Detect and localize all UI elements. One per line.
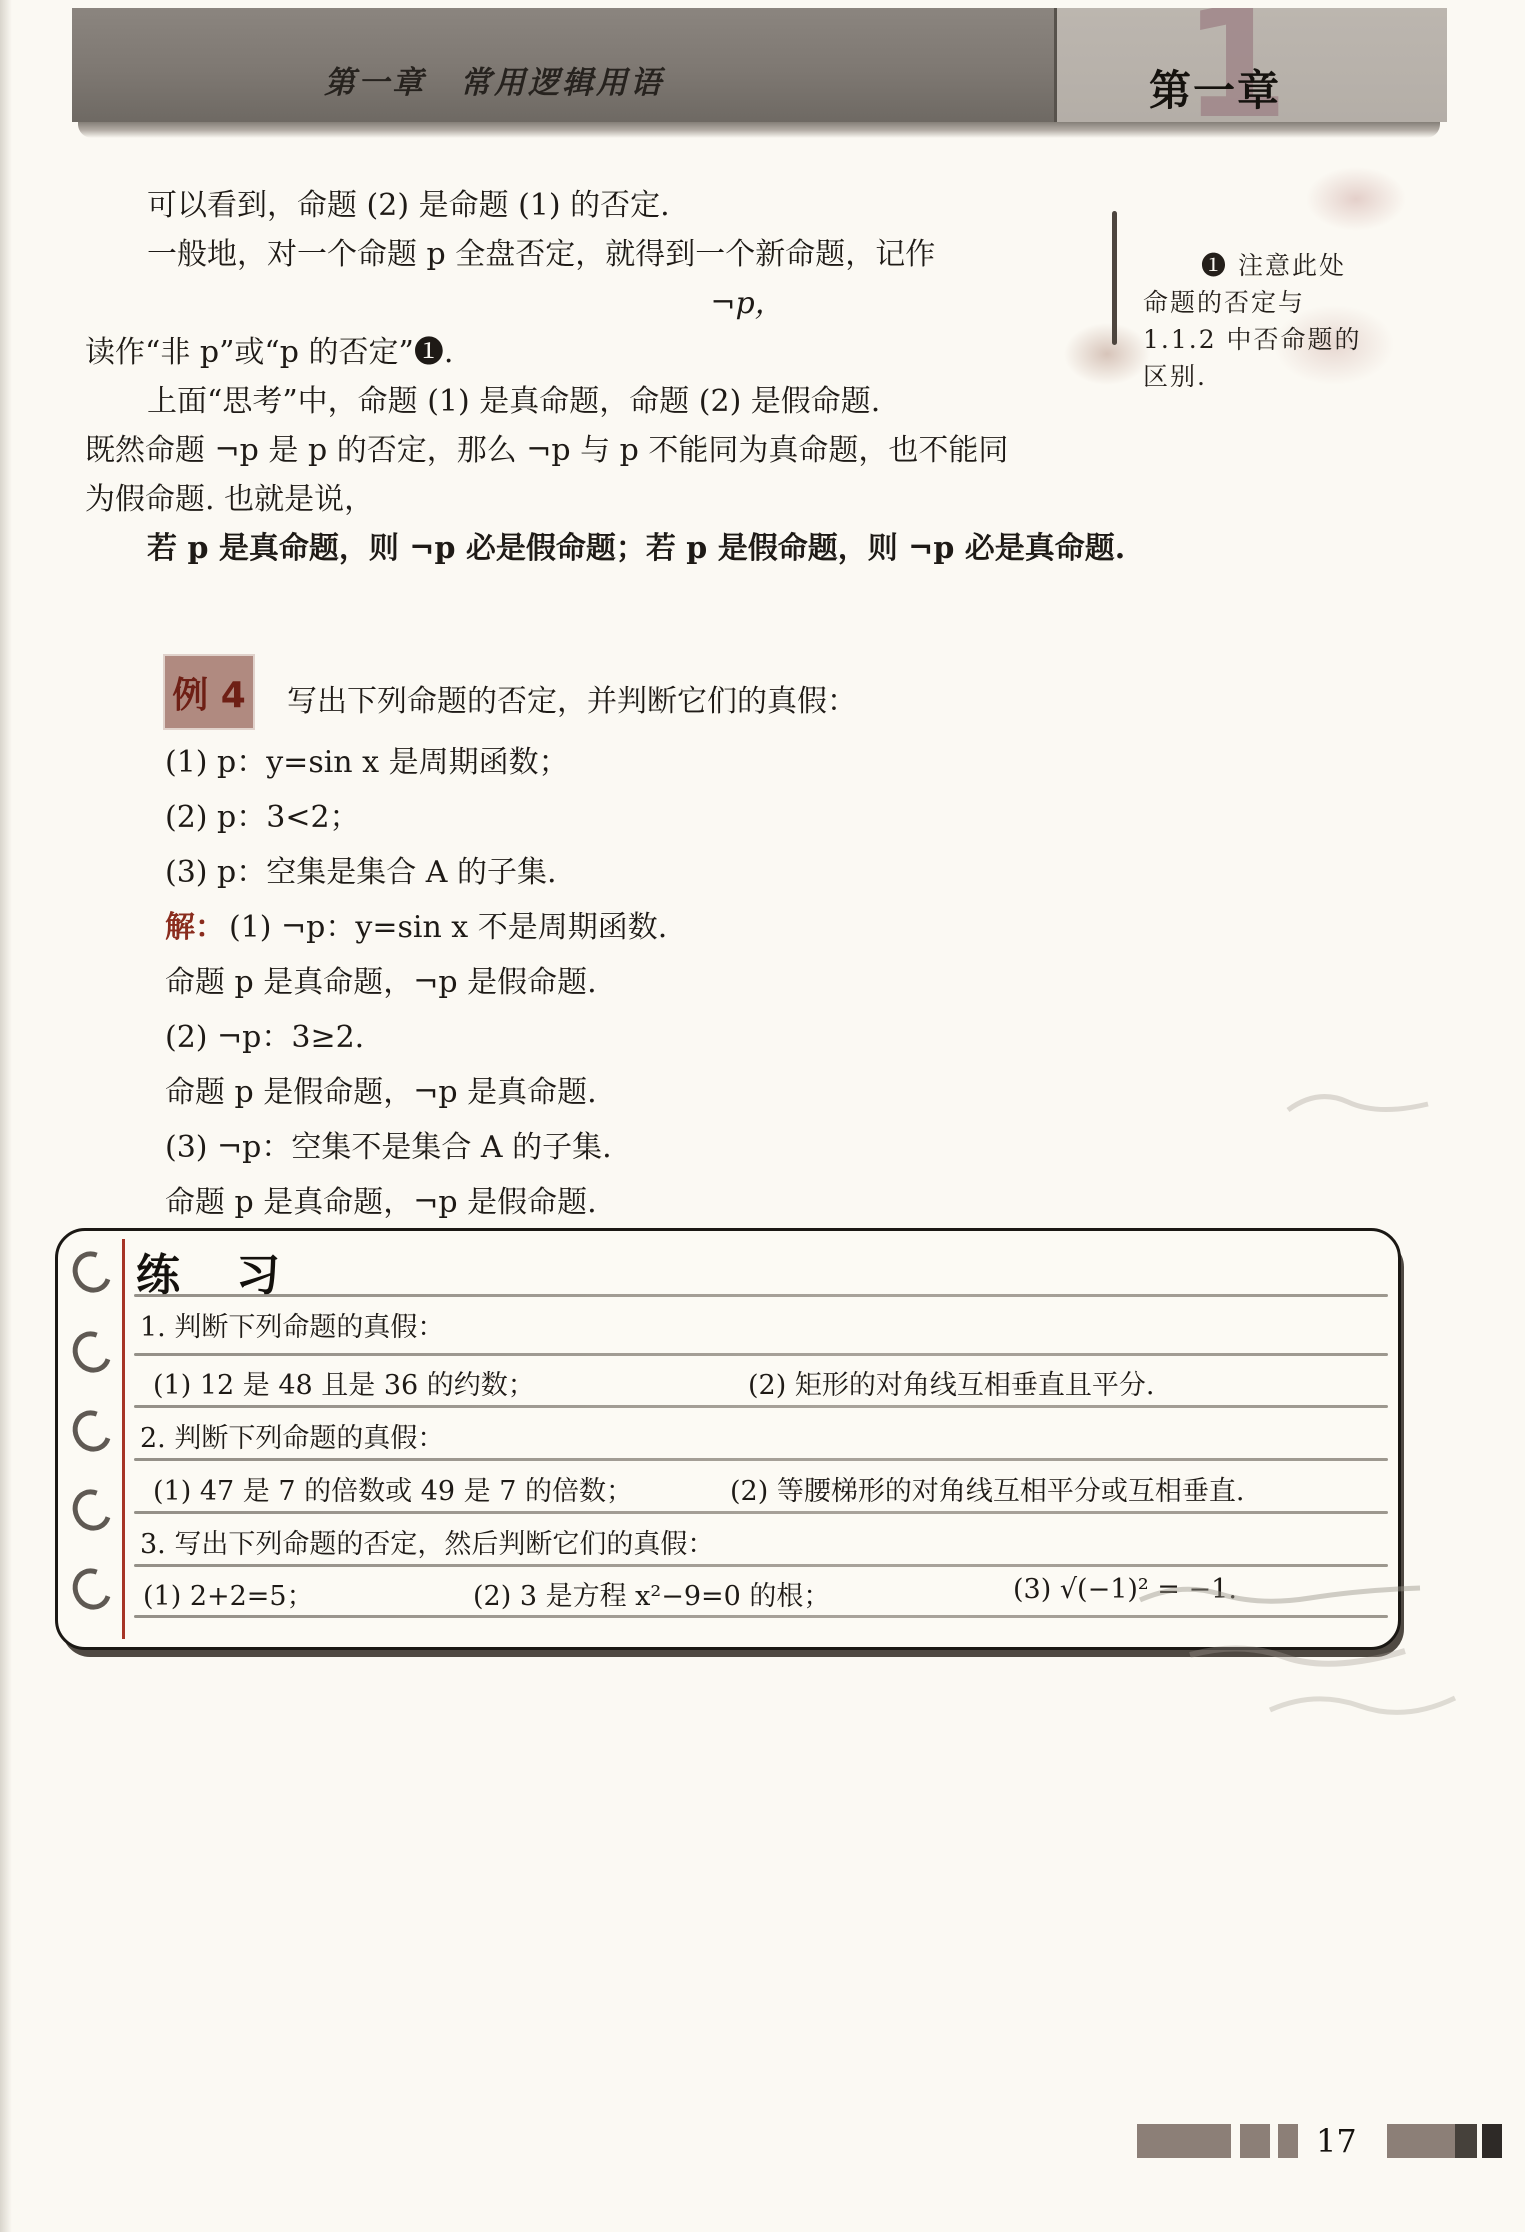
practice-box: 练 习 1. 判断下列命题的真假： (1) 12 是 48 且是 36 的约数；… xyxy=(55,1228,1401,1650)
exercise-heading-text: 1. 判断下列命题的真假： xyxy=(140,1305,444,1344)
ruled-line xyxy=(134,1294,1388,1297)
running-title: 第一章 常用逻辑用语 xyxy=(324,57,664,102)
page-left-edge-shading xyxy=(0,0,12,2232)
exercise-part: (1) 12 是 48 且是 36 的约数； xyxy=(153,1363,535,1402)
note-smudge xyxy=(1064,323,1150,385)
body-text: 可以看到，命题 (2) 是命题 (1) 的否定. 一般地，对一个命题 p 全盘否… xyxy=(85,181,1180,573)
example-body: (1) p：y=sin x 是周期函数； (2) p：3<2； (3) p：空集… xyxy=(165,731,667,1226)
note-smudge xyxy=(1306,167,1406,231)
body-line: 可以看到，命题 (2) 是命题 (1) 的否定. xyxy=(85,181,1180,230)
body-line: 一般地，对一个命题 p 全盘否定，就得到一个新命题，记作 xyxy=(85,230,1180,279)
exercise-part: (1) 47 是 7 的倍数或 49 是 7 的倍数； xyxy=(153,1469,633,1508)
exercise-heading: 3. 写出下列命题的否定，然后判断它们的真假： xyxy=(58,1522,1398,1568)
footer-bar xyxy=(1240,2124,1270,2158)
footer-bar xyxy=(1387,2124,1457,2158)
body-line: 为假命题. 也就是说， xyxy=(85,475,1180,524)
exercise-parts: (1) 12 是 48 且是 36 的约数； (2) 矩形的对角线互相垂直且平分… xyxy=(58,1363,1398,1409)
note-line: 1.1.2 中否命题的 xyxy=(1143,321,1393,358)
exercise-heading-text: 2. 判断下列命题的真假： xyxy=(140,1416,444,1455)
exercise-parts: (1) 47 是 7 的倍数或 49 是 7 的倍数； (2) 等腰梯形的对角线… xyxy=(58,1469,1398,1515)
chapter-tab: 1 第一章 xyxy=(1057,8,1447,122)
footer-bar xyxy=(1137,2124,1231,2158)
example-item: (1) p：y=sin x 是周期函数； xyxy=(165,731,667,786)
page-footer: 17 xyxy=(0,2124,1525,2164)
pencil-scribble xyxy=(1280,1070,1440,1140)
exercise-part: (2) 等腰梯形的对角线互相平分或互相垂直. xyxy=(730,1469,1244,1508)
exercise-part: (3) √(−1)² = −1. xyxy=(1013,1574,1237,1605)
example-solution-line: 命题 p 是假命题，¬p 是真命题. xyxy=(165,1061,667,1116)
example-solution-line: 解： (1) ¬p：y=sin x 不是周期函数. xyxy=(165,896,667,951)
exercise-heading-text: 3. 写出下列命题的否定，然后判断它们的真假： xyxy=(140,1522,714,1561)
page-number: 17 xyxy=(1316,2122,1357,2160)
example-prompt: 写出下列命题的否定，并判断它们的真假： xyxy=(287,676,857,720)
footer-bar xyxy=(1278,2124,1298,2158)
margin-note: ❶ 注意此处 命题的否定与 1.1.2 中否命题的 区别. xyxy=(1060,195,1400,395)
footer-bar xyxy=(1455,2124,1477,2158)
ruled-line xyxy=(134,1353,1388,1356)
textbook-page: 第一章 常用逻辑用语 1 第一章 可以看到，命题 (2) 是命题 (1) 的否定… xyxy=(0,0,1525,2232)
exercise-heading: 1. 判断下列命题的真假： xyxy=(58,1305,1398,1351)
note-left-rule xyxy=(1112,211,1117,345)
example-solution-line: 命题 p 是真命题，¬p 是假命题. xyxy=(165,951,667,1006)
example-label-badge: 例 4 xyxy=(165,656,253,728)
body-line: 既然命题 ¬p 是 p 的否定，那么 ¬p 与 p 不能同为真命题，也不能同 xyxy=(85,426,1180,475)
example-solution-line: (3) ¬p：空集不是集合 A 的子集. xyxy=(165,1116,667,1171)
example-solution-line: 命题 p 是真命题，¬p 是假命题. xyxy=(165,1171,667,1226)
note-line: 区别. xyxy=(1143,358,1393,395)
body-rule-statement: 若 p 是真命题，则 ¬p 必是假命题；若 p 是假命题，则 ¬p 必是真命题. xyxy=(85,524,1180,573)
note-line: 命题的否定与 xyxy=(1143,284,1393,321)
note-line: ❶ 注意此处 xyxy=(1143,247,1393,284)
spiral-hole-icon xyxy=(66,1245,118,1299)
example-item: (3) p：空集是集合 A 的子集. xyxy=(165,841,667,896)
exercise-part: (1) 2+2=5； xyxy=(143,1574,314,1613)
solution-text: (1) ¬p：y=sin x 不是周期函数. xyxy=(229,902,667,946)
body-line: 读作“非 p”或“p 的否定”❶. xyxy=(85,328,1180,377)
body-line: 上面“思考”中，命题 (1) 是真命题，命题 (2) 是假命题. xyxy=(85,377,1180,426)
negation-formula: ¬p， xyxy=(85,279,1180,328)
exercise-parts: (1) 2+2=5； (2) 3 是方程 x²−9=0 的根； (3) √(−1… xyxy=(58,1574,1398,1620)
note-text: ❶ 注意此处 命题的否定与 1.1.2 中否命题的 区别. xyxy=(1143,247,1393,395)
chapter-header-bar: 第一章 常用逻辑用语 xyxy=(72,8,1057,122)
example-solution-line: (2) ¬p：3≥2. xyxy=(165,1006,667,1061)
exercise-heading: 2. 判断下列命题的真假： xyxy=(58,1416,1398,1462)
example-item: (2) p：3<2； xyxy=(165,786,667,841)
solution-label: 解： xyxy=(165,902,225,946)
footer-bar xyxy=(1482,2124,1502,2158)
chapter-tab-label: 第一章 xyxy=(1149,58,1281,118)
exercise-part: (2) 矩形的对角线互相垂直且平分. xyxy=(748,1363,1154,1402)
header-shadow xyxy=(78,122,1440,138)
exercise-part: (2) 3 是方程 x²−9=0 的根； xyxy=(473,1574,830,1613)
